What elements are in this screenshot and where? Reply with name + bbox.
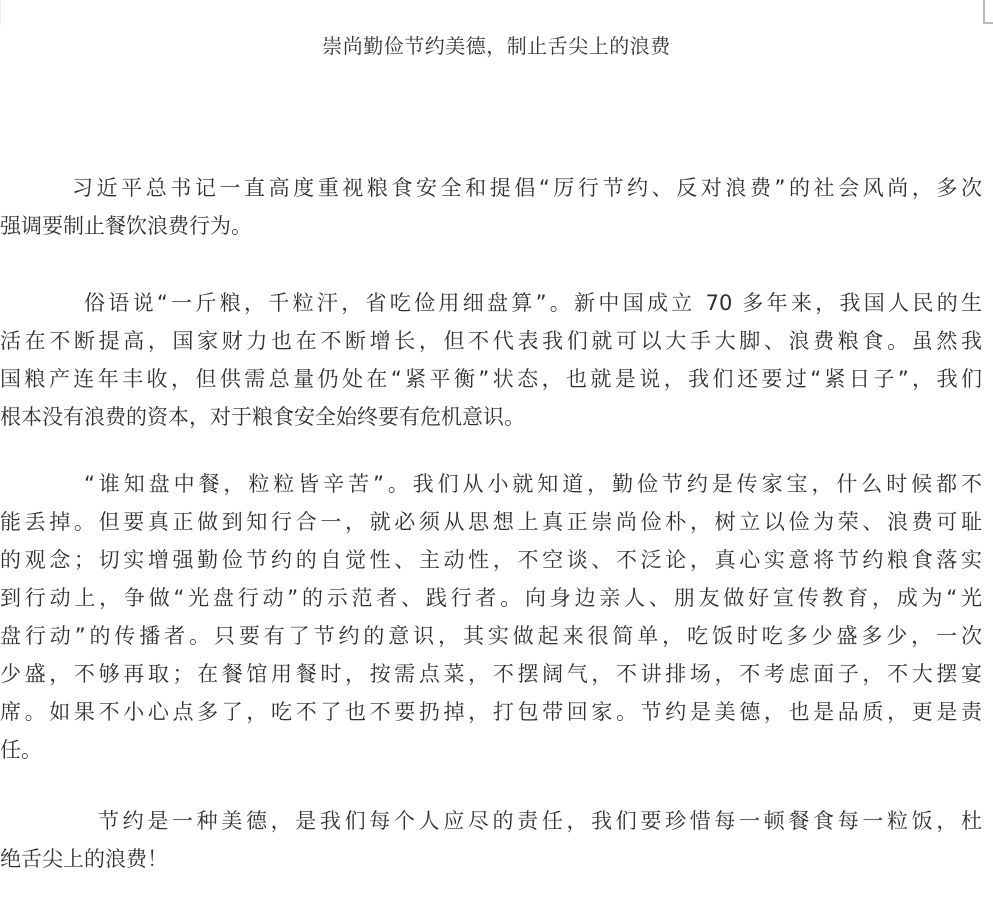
- paragraph-line: 绝舌尖上的浪费！: [0, 840, 982, 878]
- paragraph-line: 根本没有浪费的资本，对于粮食安全始终要有危机意识。: [0, 398, 982, 436]
- paragraph-1: 习近平总书记一直高度重视粮食安全和提倡“厉行节约、反对浪费”的社会风尚，多次 强…: [0, 169, 982, 245]
- document-page: 崇尚勤俭节约美德，制止舌尖上的浪费 习近平总书记一直高度重视粮食安全和提倡“厉行…: [0, 0, 993, 906]
- paragraph-line: 席。如果不小心点多了，吃不了也不要扔掉，打包带回家。节约是美德，也是品质，更是责: [0, 693, 982, 731]
- paragraph-line: 国粮产连年丰收，但供需总量仍处在“紧平衡”状态，也就是说，我们还要过“紧日子”，…: [0, 360, 982, 398]
- paragraph-line: “谁知盘中餐，粒粒皆辛苦”。我们从小就知道，勤俭节约是传家宝，什么时候都不: [0, 465, 982, 503]
- paragraph-line: 活在不断提高，国家财力也在不断增长，但不代表我们就可以大手大脚、浪费粮食。虽然我: [0, 322, 982, 360]
- paragraph-line: 少盛，不够再取；在餐馆用餐时，按需点菜，不摆阔气，不讲排场，不考虑面子，不大摆宴: [0, 655, 982, 693]
- paragraph-line: 到行动上，争做“光盘行动”的示范者、践行者。向身边亲人、朋友做好宣传教育，成为“…: [0, 579, 982, 617]
- paragraph-line: 的观念；切实增强勤俭节约的自觉性、主动性，不空谈、不泛论，真心实意将节约粮食落实: [0, 541, 982, 579]
- paragraph-line: 盘行动”的传播者。只要有了节约的意识，其实做起来很简单，吃饭时吃多少盛多少，一次: [0, 617, 982, 655]
- paragraph-line: 任。: [0, 731, 982, 769]
- document-title: 崇尚勤俭节约美德，制止舌尖上的浪费: [0, 29, 993, 63]
- paragraph-4: 节约是一种美德，是我们每个人应尽的责任，我们要珍惜每一顿餐食每一粒饭，杜 绝舌尖…: [0, 802, 982, 878]
- paragraph-line: 习近平总书记一直高度重视粮食安全和提倡“厉行节约、反对浪费”的社会风尚，多次: [0, 169, 982, 207]
- paragraph-line: 节约是一种美德，是我们每个人应尽的责任，我们要珍惜每一顿餐食每一粒饭，杜: [0, 802, 982, 840]
- paragraph-3: “谁知盘中餐，粒粒皆辛苦”。我们从小就知道，勤俭节约是传家宝，什么时候都不 能丢…: [0, 465, 982, 769]
- paragraph-line: 俗语说“一斤粮，千粒汗，省吃俭用细盘算”。新中国成立 70 多年来，我国人民的生: [0, 284, 982, 322]
- paragraph-line: 强调要制止餐饮浪费行为。: [0, 207, 982, 245]
- paragraph-line: 能丢掉。但要真正做到知行合一，就必须从思想上真正崇尚俭朴，树立以俭为荣、浪费可耻: [0, 503, 982, 541]
- page-corner-mark: [983, 0, 993, 24]
- page-edge: [0, 0, 1, 26]
- paragraph-2: 俗语说“一斤粮，千粒汗，省吃俭用细盘算”。新中国成立 70 多年来，我国人民的生…: [0, 284, 982, 436]
